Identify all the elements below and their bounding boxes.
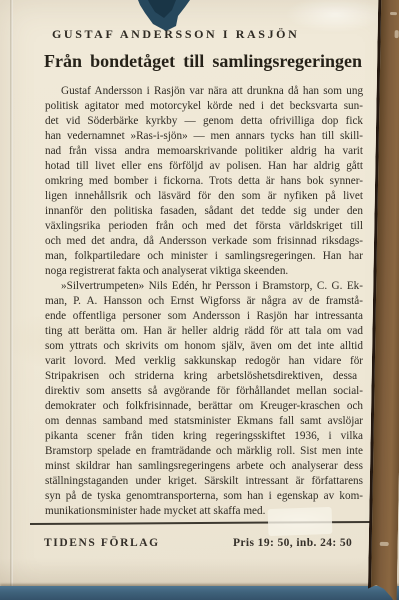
tape-mark xyxy=(268,507,333,536)
body-line: noga registrerat fakta och analyserat vi… xyxy=(45,264,363,279)
body-line: man, P. A. Hansson och Ernst Wigforss är… xyxy=(45,294,363,309)
body-line: politisk agitator med motorcykel körde n… xyxy=(45,99,363,114)
book-back-cover: GUSTAF ANDERSSON I RASJÖN Från bondetåge… xyxy=(0,0,399,600)
body-line: demokrater och folkfrisinnade, berättar … xyxy=(45,399,363,414)
body-line: och med det andra, då Andersson verkade … xyxy=(45,234,363,249)
body-line: ligen innehållsrik och läsvärd för den s… xyxy=(45,189,363,204)
body-line: pikanta scener från tiden kring regering… xyxy=(45,429,363,444)
body-line: som yttrats och skrivits om honom själv,… xyxy=(45,339,363,354)
body-line: Gustaf Andersson i Rasjön var nära att d… xyxy=(45,84,363,99)
body-line: innanför den politiska fasaden, sådant d… xyxy=(45,204,363,219)
body-line: man, folkpartiledare och minister i saml… xyxy=(45,249,363,264)
blurb-text: Gustaf Andersson i Rasjön var nära att d… xyxy=(45,84,363,519)
price-label: Pris 19: 50, inb. 24: 50 xyxy=(233,537,352,549)
body-line: varit lovord. Med verklig sakkunskap red… xyxy=(45,354,363,369)
body-line: om dennas samband med statsminister Ekma… xyxy=(45,414,363,429)
body-line: omkring med bomber i fickorna. Trots det… xyxy=(45,174,363,189)
author-name: GUSTAF ANDERSSON I RASJÖN xyxy=(52,27,299,42)
body-line: ende offentliga personer som Andersson i… xyxy=(45,309,363,324)
body-line: han vedernamnet »Ras-i-sjön» — men annar… xyxy=(45,129,363,144)
body-line: ställningstaganden under kriget. Särskil… xyxy=(45,474,363,489)
body-line: direktiv som ansetts så avgörande för fö… xyxy=(45,384,363,399)
body-line: nad från vissa andra memoarskrivande pol… xyxy=(45,144,363,159)
body-line: det vid Söderbärke kyrkby — genom detta … xyxy=(45,114,363,129)
board-scuff xyxy=(380,542,389,546)
body-line: Stripakrisen och striderna kring arbetsl… xyxy=(45,369,363,384)
body-line: ting att berätta om. Han är heller aldri… xyxy=(45,324,363,339)
body-line: syn på de tyska genomtransporterna, som … xyxy=(45,489,363,504)
cover-board-bottom-band xyxy=(0,586,399,600)
body-line: växlingsrika perioden från och med det f… xyxy=(45,219,363,234)
body-line: Bramstorp spelade en framträdande och mä… xyxy=(45,444,363,459)
board-scuff xyxy=(395,30,399,38)
body-line: »Silvertrumpeten» Nils Edén, hr Persson … xyxy=(45,279,363,294)
publisher-name: TIDENS FÖRLAG xyxy=(44,537,160,549)
body-line: hotad till livet eller ens förföljd av p… xyxy=(45,159,363,174)
book-title: Från bondetåget till samlingsregeringen xyxy=(44,49,362,73)
body-line: minst skildrar han samlingsregeringens a… xyxy=(45,459,363,474)
board-scuff xyxy=(390,12,397,15)
